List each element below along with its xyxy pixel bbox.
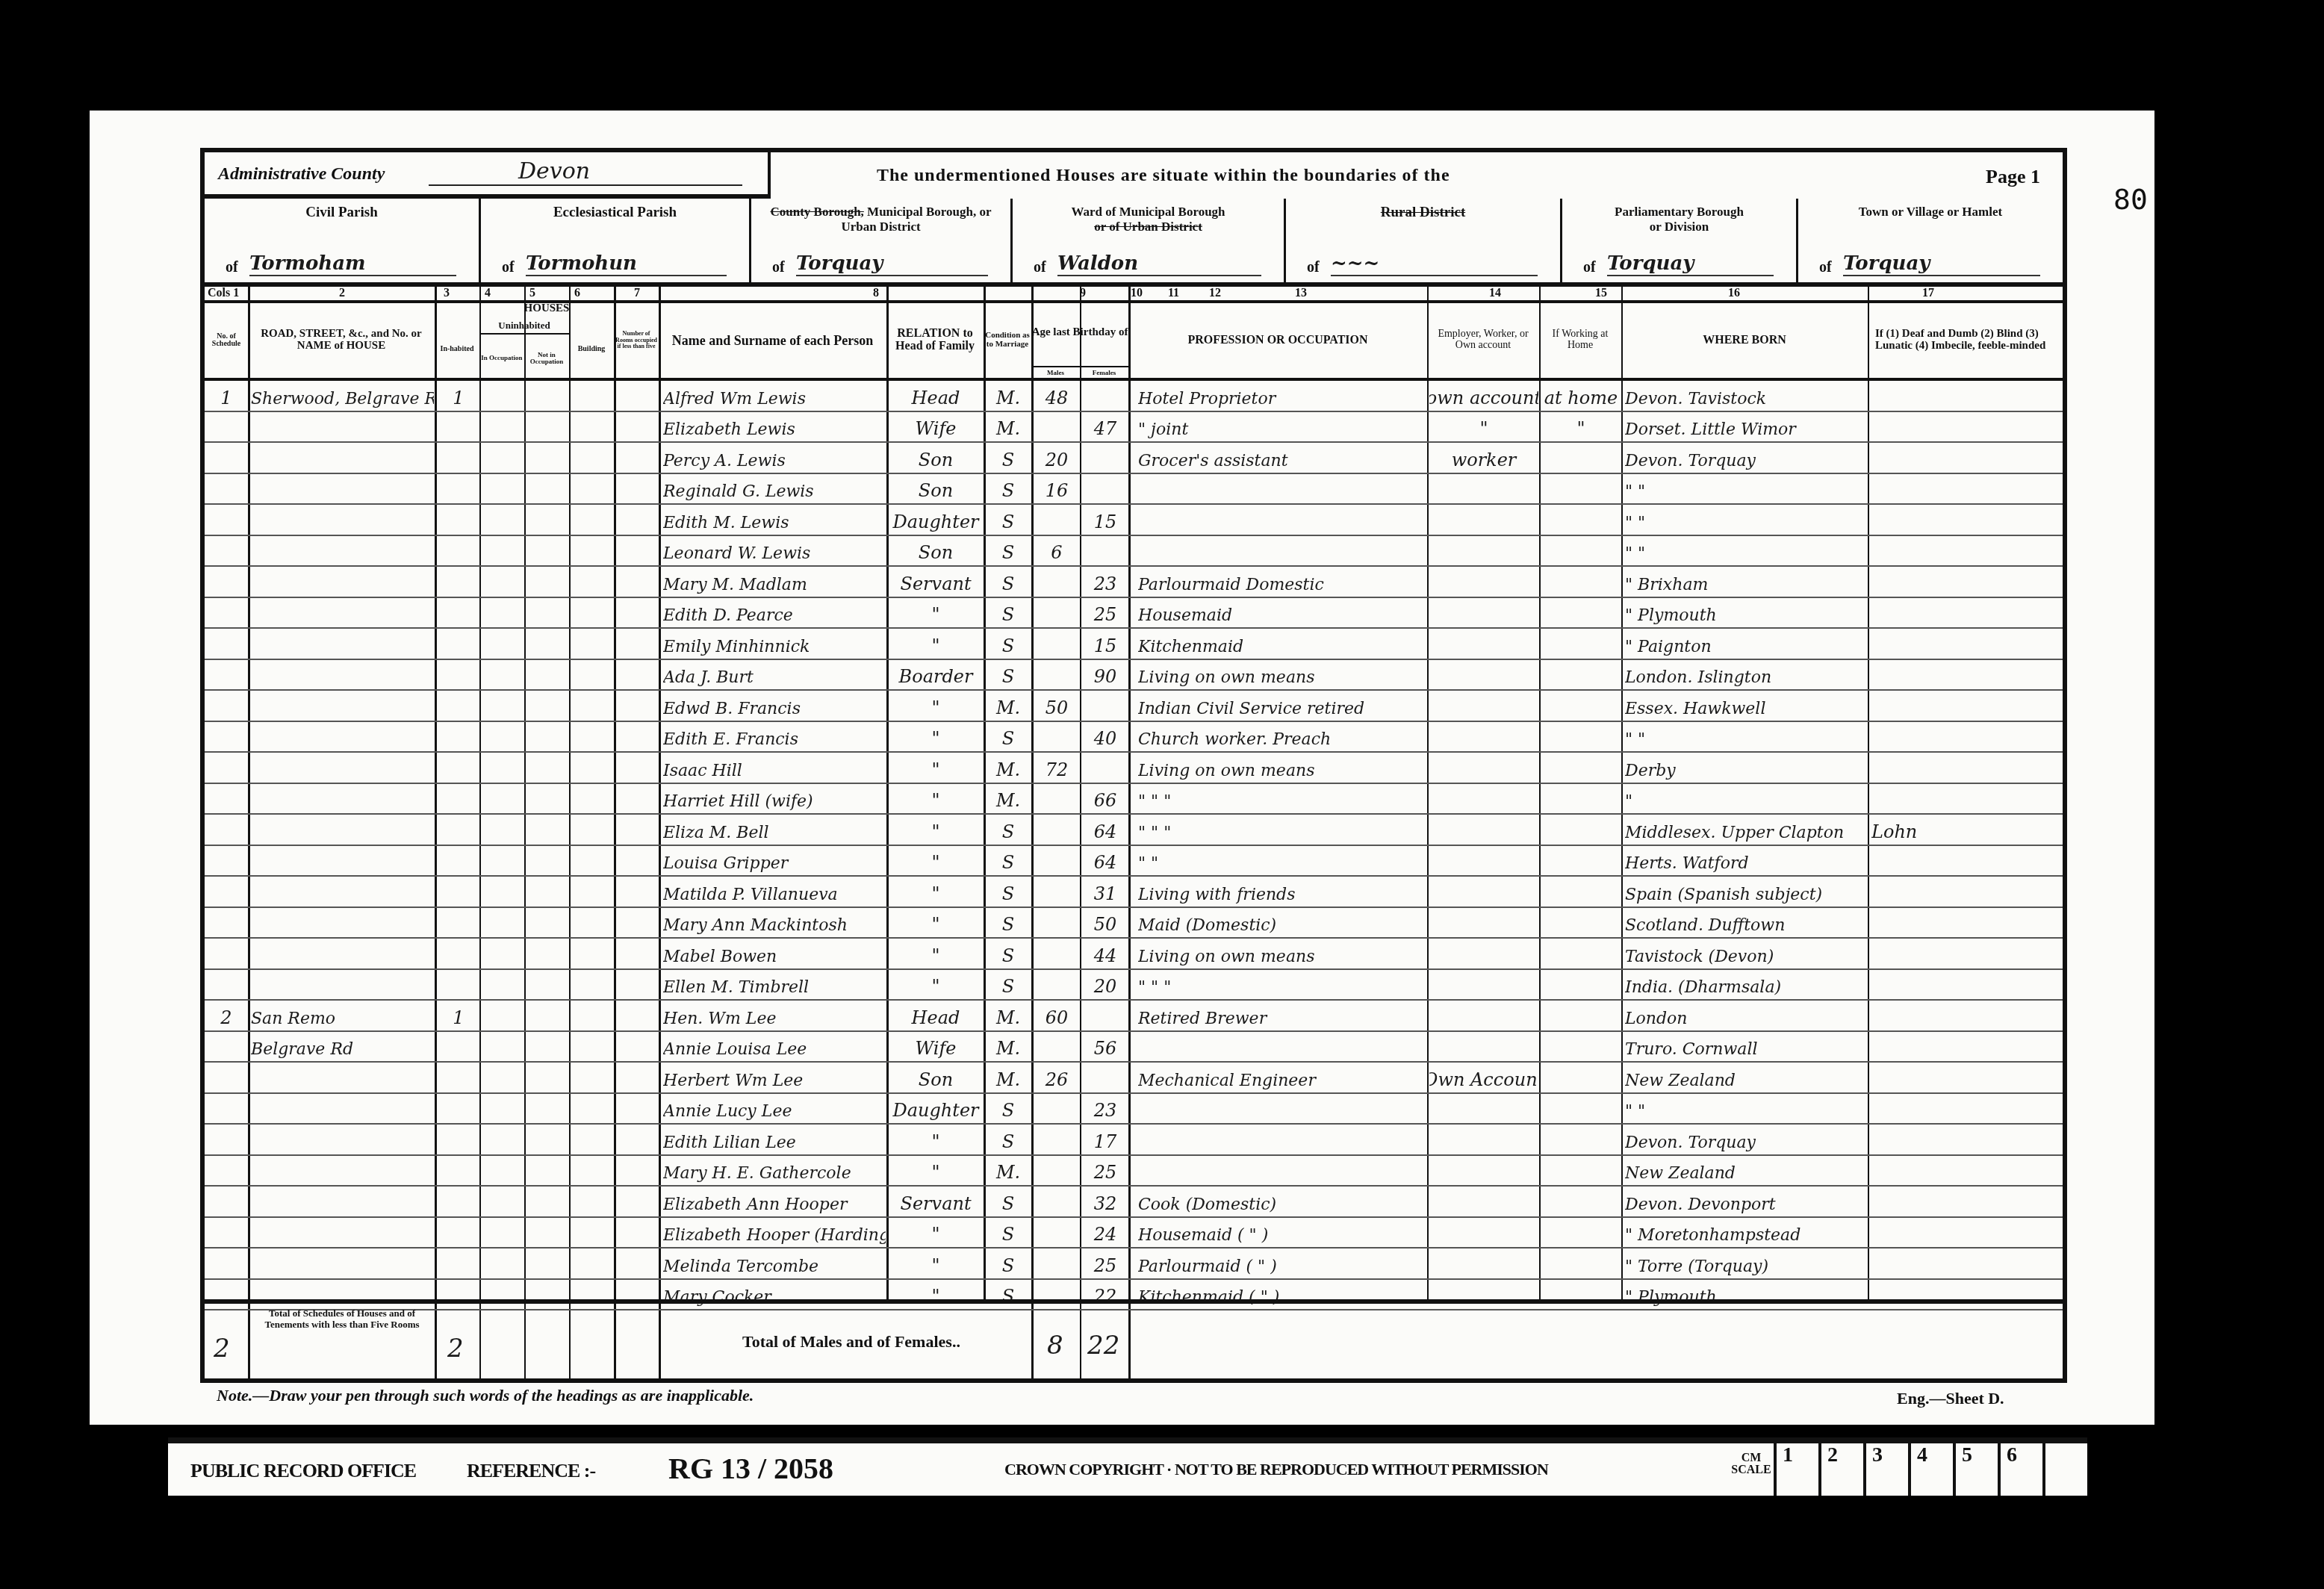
cell-home: [1541, 1032, 1621, 1062]
cell-road: [251, 598, 434, 628]
cell-condition: M.: [986, 1063, 1031, 1092]
table-row: 1Sherwood, Belgrave Rd1Alfred Wm LewisHe…: [205, 381, 2063, 412]
col-num: 15: [1595, 287, 1607, 300]
cell-schedule: [205, 1248, 248, 1278]
table-row: Eliza M. Bell"S64" " "Middlesex. Upper C…: [205, 815, 2063, 846]
col-num: 5: [529, 287, 535, 300]
cell-relation: ": [889, 970, 983, 1000]
cell-name: Edith Lilian Lee: [663, 1125, 886, 1154]
cell-inhabited: [438, 1218, 479, 1248]
cell-name: Melinda Tercombe: [663, 1248, 886, 1278]
cell-female: 47: [1082, 412, 1128, 442]
cell-employer: ": [1429, 412, 1538, 442]
table-row: Louisa Gripper"S64" "Herts. Watford: [205, 846, 2063, 877]
cell-female: [1082, 753, 1128, 783]
cell-employer: [1429, 536, 1538, 566]
col-num: 8: [873, 287, 879, 300]
scale-mark: 5: [1953, 1443, 1998, 1496]
cell-born: Devon. Devonport: [1625, 1187, 1867, 1216]
cell-name: Alfred Wm Lewis: [663, 381, 886, 411]
cell-condition: S: [986, 660, 1031, 690]
cell-name: Hen. Wm Lee: [663, 1001, 886, 1030]
cell-relation: Boarder: [889, 660, 983, 690]
cell-female: [1082, 443, 1128, 473]
cell-female: 20: [1082, 970, 1128, 1000]
cell-relation: Wife: [889, 1032, 983, 1062]
cell-name: Matilda P. Villanueva: [663, 877, 886, 907]
cell-road: San Remo: [251, 1001, 434, 1030]
cell-employer: [1429, 1156, 1538, 1186]
ecclesiastical-parish-label: Ecclesiastical Parish: [481, 199, 749, 221]
of-label: of: [1307, 259, 1320, 276]
cell-inf: [1871, 474, 2058, 504]
scale-label: CM SCALE: [1729, 1443, 1774, 1496]
cell-male: [1034, 970, 1080, 1000]
cell-occupation: [1138, 1032, 1426, 1062]
cell-condition: S: [986, 846, 1031, 876]
cell-occupation: Grocer's assistant: [1138, 443, 1426, 473]
cell-employer: [1429, 908, 1538, 938]
instruction-note: Note.—Draw your pen through such words o…: [217, 1386, 754, 1405]
cell-home: [1541, 877, 1621, 907]
cell-home: [1541, 784, 1621, 814]
cell-schedule: [205, 567, 248, 597]
cell-road: [251, 536, 434, 566]
cell-road: [251, 908, 434, 938]
admin-areas-row: Civil Parish of Tormoham Ecclesiastical …: [205, 199, 2063, 287]
cell-road: [251, 1218, 434, 1248]
cell-born: Devon. Tavistock: [1625, 381, 1867, 411]
cell-inf: [1871, 753, 2058, 783]
cell-name: Mary Ann Mackintosh: [663, 908, 886, 938]
cell-occupation: [1138, 536, 1426, 566]
cell-occupation: Church worker. Preach: [1138, 722, 1426, 752]
cell-male: [1034, 505, 1080, 535]
cell-condition: S: [986, 970, 1031, 1000]
town-value: Torquay: [1843, 252, 2040, 276]
cell-name: Herbert Wm Lee: [663, 1063, 886, 1092]
cell-occupation: Indian Civil Service retired: [1138, 691, 1426, 721]
header-inhabited: In-habited: [435, 318, 479, 381]
cell-relation: ": [889, 846, 983, 876]
cell-inf: [1871, 846, 2058, 876]
total-houses-inhabited: 2: [447, 1334, 464, 1363]
cell-home: [1541, 660, 1621, 690]
header-road: ROAD, STREET, &c., and No. or NAME of HO…: [248, 303, 435, 378]
cell-inf: [1871, 784, 2058, 814]
cell-employer: [1429, 1218, 1538, 1248]
cell-relation: ": [889, 784, 983, 814]
cell-road: [251, 846, 434, 876]
cell-occupation: [1138, 1156, 1426, 1186]
archive-office: PUBLIC RECORD OFFICE: [190, 1460, 416, 1482]
cell-road: [251, 1125, 434, 1154]
cell-home: [1541, 939, 1621, 968]
header-name: Name and Surname of each Person: [659, 303, 886, 378]
table-row: Edith M. LewisDaughterS15" ": [205, 505, 2063, 536]
cell-condition: S: [986, 567, 1031, 597]
cell-schedule: [205, 722, 248, 752]
cell-born: " Plymouth: [1625, 598, 1867, 628]
cell-female: 64: [1082, 846, 1128, 876]
cell-relation: ": [889, 598, 983, 628]
cell-born: " ": [1625, 722, 1867, 752]
cell-occupation: Mechanical Engineer: [1138, 1063, 1426, 1092]
cell-born: Truro. Cornwall: [1625, 1032, 1867, 1062]
cell-occupation: " ": [1138, 846, 1426, 876]
of-label: of: [502, 259, 515, 276]
cell-born: Essex. Hawkwell: [1625, 691, 1867, 721]
table-row: Elizabeth Hooper (Hardingham)"S24Housema…: [205, 1218, 2063, 1249]
cell-road: [251, 784, 434, 814]
cell-condition: S: [986, 598, 1031, 628]
cell-name: Annie Louisa Lee: [663, 1032, 886, 1062]
cell-road: Sherwood, Belgrave Rd: [251, 381, 434, 411]
cell-inhabited: [438, 1125, 479, 1154]
cell-condition: M.: [986, 691, 1031, 721]
header-not-in-occupation: Not in Occupation: [524, 336, 569, 381]
cell-schedule: [205, 1187, 248, 1216]
cm-scale: CM SCALE 1 2 3 4 5 6: [1729, 1443, 2125, 1496]
cell-inf: [1871, 505, 2058, 535]
table-row: Mary M. MadlamServantS23Parlourmaid Dome…: [205, 567, 2063, 598]
header-schedule: No. of Schedule: [205, 303, 248, 378]
cell-male: [1034, 412, 1080, 442]
cell-schedule: [205, 877, 248, 907]
cell-schedule: 1: [205, 381, 248, 411]
reference-label: REFERENCE :-: [467, 1460, 595, 1482]
cell-schedule: [205, 1063, 248, 1092]
cell-relation: ": [889, 1248, 983, 1278]
civil-parish-value: Tormoham: [249, 252, 456, 276]
col-num: 6: [574, 287, 580, 300]
cell-occupation: " joint: [1138, 412, 1426, 442]
cell-occupation: [1138, 1125, 1426, 1154]
cell-male: [1034, 1187, 1080, 1216]
header-rooms: Number of Rooms occupied if less than fi…: [614, 303, 659, 378]
cell-employer: Own Account: [1429, 1063, 1538, 1092]
cell-inhabited: [438, 939, 479, 968]
archive-footer: PUBLIC RECORD OFFICE REFERENCE :- RG 13 …: [168, 1437, 2087, 1496]
cell-inf: [1871, 443, 2058, 473]
ward-cell: Ward of Municipal Borough or of Urban Di…: [1013, 199, 1286, 282]
cell-inf: [1871, 629, 2058, 659]
cell-home: [1541, 908, 1621, 938]
cell-inf: [1871, 1063, 2058, 1092]
cell-female: 44: [1082, 939, 1128, 968]
table-row: 2San Remo1Hen. Wm LeeHeadM.60Retired Bre…: [205, 1001, 2063, 1032]
cell-inhabited: [438, 536, 479, 566]
cell-name: Ellen M. Timbrell: [663, 970, 886, 1000]
cell-schedule: [205, 505, 248, 535]
cell-relation: Head: [889, 381, 983, 411]
cell-employer: [1429, 598, 1538, 628]
cell-employer: [1429, 877, 1538, 907]
cell-inf: [1871, 1248, 2058, 1278]
cell-born: Spain (Spanish subject): [1625, 877, 1867, 907]
col-num: 4: [485, 287, 491, 300]
cell-road: [251, 1063, 434, 1092]
cell-employer: [1429, 505, 1538, 535]
cell-relation: Wife: [889, 412, 983, 442]
cell-inf: [1871, 877, 2058, 907]
cell-inhabited: [438, 784, 479, 814]
cell-male: [1034, 1125, 1080, 1154]
borough-label: Municipal Borough, or Urban District: [841, 205, 991, 234]
cell-inf: [1871, 660, 2058, 690]
cell-relation: ": [889, 691, 983, 721]
cell-schedule: [205, 474, 248, 504]
table-row: Edith Lilian Lee"S17Devon. Torquay: [205, 1125, 2063, 1156]
table-row: Herbert Wm LeeSonM.26Mechanical Engineer…: [205, 1063, 2063, 1094]
cell-occupation: Living on own means: [1138, 939, 1426, 968]
parliamentary-label: Parliamentary Borough or Division: [1612, 199, 1747, 234]
cell-schedule: 2: [205, 1001, 248, 1030]
cell-occupation: Kitchenmaid: [1138, 629, 1426, 659]
cell-born: Dorset. Little Wimor: [1625, 412, 1867, 442]
admin-county-box: Administrative County Devon: [205, 152, 771, 199]
col-num: 11: [1168, 287, 1179, 300]
cell-born: Middlesex. Upper Clapton: [1625, 815, 1867, 845]
table-row: Edith D. Pearce"S25Housemaid" Plymouth: [205, 598, 2063, 629]
cell-inf: [1871, 939, 2058, 968]
cell-employer: [1429, 846, 1538, 876]
table-row: Ada J. BurtBoarderS90Living on own means…: [205, 660, 2063, 691]
sheet-label: Eng.—Sheet D.: [1897, 1389, 2004, 1408]
cell-male: [1034, 939, 1080, 968]
cell-occupation: [1138, 1094, 1426, 1124]
cell-occupation: Housemaid: [1138, 598, 1426, 628]
cell-employer: [1429, 1001, 1538, 1030]
cell-home: [1541, 722, 1621, 752]
cell-inhabited: [438, 598, 479, 628]
cell-schedule: [205, 846, 248, 876]
cell-road: [251, 1156, 434, 1186]
cell-male: [1034, 784, 1080, 814]
cell-schedule: [205, 660, 248, 690]
cell-employer: [1429, 1032, 1538, 1062]
parliamentary-value: Torquay: [1607, 252, 1774, 276]
cell-male: 20: [1034, 443, 1080, 473]
of-label: of: [1819, 259, 1832, 276]
cell-employer: [1429, 629, 1538, 659]
cell-road: [251, 1187, 434, 1216]
table-row: Mary H. E. Gathercole"M.25New Zealand: [205, 1156, 2063, 1187]
cell-born: " ": [1625, 536, 1867, 566]
cell-male: 26: [1034, 1063, 1080, 1092]
cell-employer: [1429, 970, 1538, 1000]
rural-district-cell: Rural District of ~~~: [1286, 199, 1562, 282]
col-num: 2: [339, 287, 345, 300]
page-indicator: Page 1: [1986, 166, 2040, 188]
cell-inhabited: [438, 412, 479, 442]
cell-road: [251, 691, 434, 721]
cell-occupation: Maid (Domestic): [1138, 908, 1426, 938]
cell-relation: ": [889, 939, 983, 968]
cell-relation: Son: [889, 474, 983, 504]
table-row: Emily Minhinnick"S15Kitchenmaid" Paignto…: [205, 629, 2063, 660]
cell-home: [1541, 753, 1621, 783]
cell-road: [251, 753, 434, 783]
cell-male: 60: [1034, 1001, 1080, 1030]
rural-district-label-struck: Rural District: [1286, 199, 1560, 221]
cell-schedule: [205, 815, 248, 845]
cell-name: Edith D. Pearce: [663, 598, 886, 628]
cell-home: [1541, 1218, 1621, 1248]
cell-born: " Torre (Torquay): [1625, 1248, 1867, 1278]
parliamentary-cell: Parliamentary Borough or Division of Tor…: [1562, 199, 1798, 282]
cell-relation: ": [889, 629, 983, 659]
cell-born: " ": [1625, 505, 1867, 535]
cell-born: Derby: [1625, 753, 1867, 783]
cell-born: Devon. Torquay: [1625, 443, 1867, 473]
cell-name: Mary H. E. Gathercole: [663, 1156, 886, 1186]
cell-name: Emily Minhinnick: [663, 629, 886, 659]
cell-road: [251, 629, 434, 659]
cell-condition: S: [986, 474, 1031, 504]
cell-male: [1034, 660, 1080, 690]
admin-county-value: Devon: [429, 158, 742, 186]
cell-home: [1541, 443, 1621, 473]
ecclesiastical-parish-value: Tormohun: [526, 252, 727, 276]
cell-schedule: [205, 1094, 248, 1124]
cell-female: 23: [1082, 1094, 1128, 1124]
cell-inhabited: [438, 877, 479, 907]
cell-name: Harriet Hill (wife): [663, 784, 886, 814]
reference-number: RG 13 / 2058: [668, 1451, 833, 1486]
cell-schedule: [205, 629, 248, 659]
cell-schedule: [205, 908, 248, 938]
cell-road: [251, 660, 434, 690]
cell-condition: S: [986, 815, 1031, 845]
cell-home: [1541, 691, 1621, 721]
cell-inhabited: 1: [438, 381, 479, 411]
cell-male: [1034, 815, 1080, 845]
cell-relation: ": [889, 1125, 983, 1154]
cell-road: [251, 412, 434, 442]
cell-born: Tavistock (Devon): [1625, 939, 1867, 968]
table-row: Melinda Tercombe"S25Parlourmaid ( " )" T…: [205, 1248, 2063, 1280]
cell-schedule: [205, 412, 248, 442]
cell-employer: [1429, 660, 1538, 690]
cell-home: [1541, 1248, 1621, 1278]
header-employer: Employer, Worker, or Own account: [1427, 303, 1539, 378]
cell-road: [251, 474, 434, 504]
cell-female: 24: [1082, 1218, 1128, 1248]
cell-female: [1082, 691, 1128, 721]
cell-inhabited: [438, 1063, 479, 1092]
cell-condition: S: [986, 1125, 1031, 1154]
cell-female: 23: [1082, 567, 1128, 597]
cell-occupation: Housemaid ( " ): [1138, 1218, 1426, 1248]
col-num: 16: [1728, 287, 1740, 300]
cell-relation: Son: [889, 1063, 983, 1092]
scale-mark: 3: [1863, 1443, 1908, 1496]
cell-employer: [1429, 567, 1538, 597]
cell-male: 50: [1034, 691, 1080, 721]
cell-inhabited: [438, 629, 479, 659]
cell-inhabited: [438, 908, 479, 938]
cell-female: [1082, 381, 1128, 411]
cell-female: 40: [1082, 722, 1128, 752]
table-row: Ellen M. Timbrell"S20" " "India. (Dharms…: [205, 970, 2063, 1001]
cell-home: [1541, 536, 1621, 566]
page-number: 1: [2031, 166, 2040, 187]
cell-inhabited: [438, 753, 479, 783]
cell-occupation: " " ": [1138, 970, 1426, 1000]
cell-road: [251, 815, 434, 845]
cell-home: [1541, 474, 1621, 504]
ward-value: Waldon: [1057, 252, 1261, 276]
cell-name: Edith E. Francis: [663, 722, 886, 752]
cell-employer: [1429, 939, 1538, 968]
ward-label-struck: or of Urban District: [1013, 220, 1284, 234]
total-schedules-label: Total of Schedules of Houses and of Tene…: [255, 1308, 429, 1331]
cell-female: 25: [1082, 598, 1128, 628]
scale-mark: 2: [1818, 1443, 1863, 1496]
census-form: Administrative County Devon The undermen…: [200, 148, 2067, 1383]
town-cell: Town or Village or Hamlet of Torquay: [1798, 199, 2063, 282]
header-building: Building: [569, 318, 614, 381]
scale-mark: 4: [1908, 1443, 1953, 1496]
cell-name: Isaac Hill: [663, 753, 886, 783]
cell-schedule: [205, 598, 248, 628]
cell-inf: [1871, 598, 2058, 628]
cell-male: [1034, 1248, 1080, 1278]
cell-born: " ": [1625, 474, 1867, 504]
table-row: Elizabeth Ann HooperServantS32Cook (Dome…: [205, 1187, 2063, 1218]
cell-schedule: [205, 753, 248, 783]
cell-female: 32: [1082, 1187, 1128, 1216]
cell-home: [1541, 1063, 1621, 1092]
cell-name: Leonard W. Lewis: [663, 536, 886, 566]
cell-inf: [1871, 1156, 2058, 1186]
cell-inhabited: [438, 1248, 479, 1278]
cell-born: " Moretonhampstead: [1625, 1218, 1867, 1248]
cell-occupation: [1138, 474, 1426, 504]
cell-born: London. Islington: [1625, 660, 1867, 690]
cell-inhabited: [438, 691, 479, 721]
cell-road: [251, 722, 434, 752]
cell-female: [1082, 536, 1128, 566]
of-label: of: [226, 259, 238, 276]
cell-relation: Servant: [889, 567, 983, 597]
cell-male: 16: [1034, 474, 1080, 504]
cell-home: [1541, 1094, 1621, 1124]
col-num: 17: [1922, 287, 1934, 300]
cell-condition: M.: [986, 412, 1031, 442]
cell-inhabited: [438, 660, 479, 690]
cell-male: [1034, 908, 1080, 938]
cell-female: 25: [1082, 1156, 1128, 1186]
cell-schedule: [205, 784, 248, 814]
cell-occupation: Cook (Domestic): [1138, 1187, 1426, 1216]
cell-inf: [1871, 722, 2058, 752]
cell-relation: ": [889, 1218, 983, 1248]
cell-employer: worker: [1429, 443, 1538, 473]
cell-male: [1034, 629, 1080, 659]
header-relation: RELATION to Head of Family: [886, 303, 984, 378]
cell-inf: [1871, 1001, 2058, 1030]
cell-inf: [1871, 908, 2058, 938]
cell-occupation: " " ": [1138, 815, 1426, 845]
cell-relation: Head: [889, 1001, 983, 1030]
cell-occupation: [1138, 505, 1426, 535]
cell-male: [1034, 846, 1080, 876]
scale-mark: [2042, 1443, 2125, 1496]
cell-female: 64: [1082, 815, 1128, 845]
cell-schedule: [205, 691, 248, 721]
